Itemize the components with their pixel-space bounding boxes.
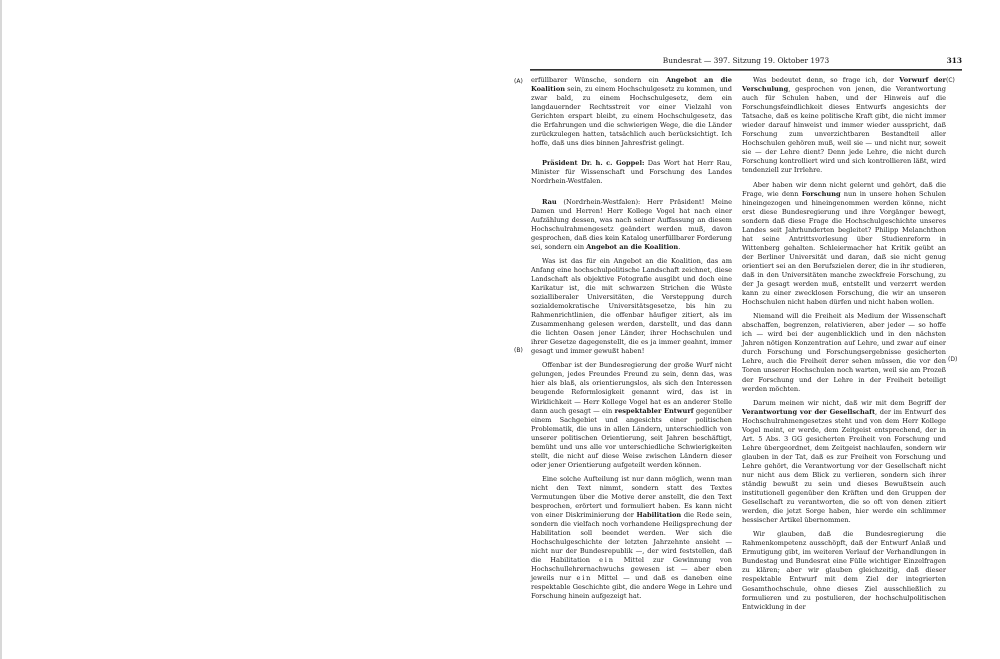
emphasis: respektabler Entwurf [615,407,694,415]
text-column-right: Was bedeutet denn, so frage ich, der Vor… [742,76,946,617]
margin-marker-a: (A) [514,78,523,86]
text-column-left: erfüllbarer Wünsche, sondern ein Angebot… [531,76,732,607]
document-page: Bundesrat — 397. Sitzung 19. Oktober 197… [520,0,1000,659]
emphasis: Habilitation [637,511,682,519]
paragraph: Was ist das für ein Angebot an die Koali… [531,257,732,357]
page-number: 313 [947,55,962,67]
header-rule [530,69,962,71]
speaker-name: Rau [542,198,557,206]
paragraph: Wir glauben, daß die Bundesregierung die… [742,530,946,611]
running-title: Bundesrat — 397. Sitzung 19. Oktober 197… [530,55,962,67]
scan-edge [0,0,2,659]
paragraph: erfüllbarer Wünsche, sondern ein Angebot… [531,76,732,148]
paragraph: Darum meinen wir nicht, daß wir mit dem … [742,399,946,526]
speaker-name: Präsident Dr. h. c. Goppel: [542,159,644,167]
scanned-document-spread: Bundesrat — 397. Sitzung 19. Oktober 197… [0,0,1000,659]
spaced-emphasis: ein [599,556,615,564]
paragraph: Rau (Nordrhein-Westfalen): Herr Präsiden… [531,198,732,252]
paragraph: Eine solche Aufteilung ist nur dann mögl… [531,475,732,602]
margin-marker-c: (C) [946,77,955,85]
paragraph: Aber haben wir denn nicht gelernt und ge… [742,181,946,308]
emphasis: Forschung [802,190,841,198]
emphasis: Verantwortung vor der Gesellschaft [742,408,875,416]
margin-marker-d: (D) [948,356,957,364]
paragraph: Niemand will die Freiheit als Medium der… [742,312,946,393]
spaced-emphasis: ein [577,574,593,582]
running-header: Bundesrat — 397. Sitzung 19. Oktober 197… [530,55,962,67]
paragraph: Was bedeutet denn, so frage ich, der Vor… [742,76,946,176]
emphasis: Angebot an die Koalition [586,243,678,251]
margin-marker-b: (B) [514,347,523,355]
blank-left-page [0,0,518,659]
speaker-paragraph: Präsident Dr. h. c. Goppel: Das Wort hat… [531,159,732,186]
paragraph: Offenbar ist der Bundesregierung der gro… [531,361,732,470]
